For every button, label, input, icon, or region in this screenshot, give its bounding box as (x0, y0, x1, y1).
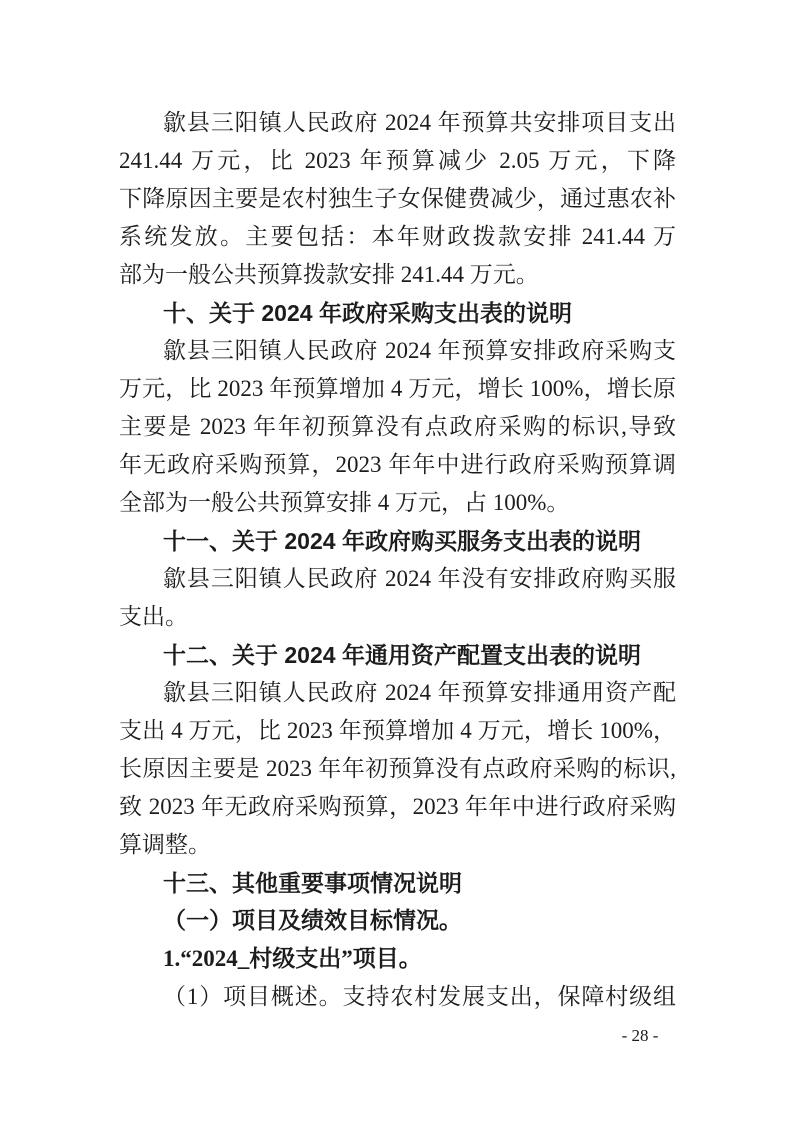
body-line: 支出 4 万元，比 2023 年预算增加 4 万元，增长 100%，增 (119, 712, 676, 750)
paragraph-purchase-services: 歙县三阳镇人民政府 2024 年没有安排政府购买服务 支出。 (119, 560, 676, 636)
body-line: 算调整。 (119, 826, 676, 864)
body-line: 致 2023 年无政府采购预算，2023 年年中进行政府采购预 (119, 788, 676, 826)
body-line: 241.44 万元，比 2023 年预算减少 2.05 万元，下降 0.84%， (119, 142, 676, 180)
body-line: 歙县三阳镇人民政府 2024 年预算安排政府采购支出 4 (119, 332, 676, 370)
paragraph-project-expenditure: 歙县三阳镇人民政府 2024 年预算共安排项目支出 241.44 万元，比 20… (119, 104, 676, 294)
body-line: 全部为一般公共预算安排 4 万元，占 100%。 (119, 484, 676, 522)
document-page: 歙县三阳镇人民政府 2024 年预算共安排项目支出 241.44 万元，比 20… (0, 0, 793, 1122)
paragraph-project-overview: （1）项目概述。支持农村发展支出，保障村级组织 (119, 978, 676, 1016)
body-line: （1）项目概述。支持农村发展支出，保障村级组织 (119, 978, 676, 1016)
body-line: 年无政府采购预算，2023 年年中进行政府采购预算调整。 (119, 446, 676, 484)
document-body: 歙县三阳镇人民政府 2024 年预算共安排项目支出 241.44 万元，比 20… (119, 104, 676, 1016)
page-number: - 28 - (585, 1024, 695, 1048)
section-heading-13: 十三、其他重要事项情况说明 (119, 864, 676, 902)
subsection-heading-item1-1: 1.“2024_村级支出”项目。 (119, 940, 676, 978)
body-line: 长原因主要是 2023 年年初预算没有点政府采购的标识,导 (119, 750, 676, 788)
body-line: 部为一般公共预算拨款安排 241.44 万元。 (119, 256, 676, 294)
paragraph-asset-allocation: 歙县三阳镇人民政府 2024 年预算安排通用资产配置 支出 4 万元，比 202… (119, 674, 676, 864)
body-line: 主要是 2023 年年初预算没有点政府采购的标识,导致 2023 (119, 408, 676, 446)
section-heading-11: 十一、关于 2024 年政府购买服务支出表的说明 (119, 522, 676, 560)
body-line: 支出。 (119, 598, 676, 636)
body-line: 下降原因主要是农村独生子女保健费减少，通过惠农补贴 (119, 180, 676, 218)
paragraph-gov-procurement: 歙县三阳镇人民政府 2024 年预算安排政府采购支出 4 万元，比 2023 年… (119, 332, 676, 522)
section-heading-12: 十二、关于 2024 年通用资产配置支出表的说明 (119, 636, 676, 674)
section-heading-10: 十、关于 2024 年政府采购支出表的说明 (119, 294, 676, 332)
body-line: 歙县三阳镇人民政府 2024 年预算共安排项目支出 (119, 104, 676, 142)
body-line: 万元，比 2023 年预算增加 4 万元，增长 100%，增长原因 (119, 370, 676, 408)
subsection-heading-item1: （一）项目及绩效目标情况。 (119, 902, 676, 940)
body-line: 歙县三阳镇人民政府 2024 年没有安排政府购买服务 (119, 560, 676, 598)
body-line: 歙县三阳镇人民政府 2024 年预算安排通用资产配置 (119, 674, 676, 712)
body-line: 系统发放。主要包括：本年财政拨款安排 241.44 万元，全 (119, 218, 676, 256)
